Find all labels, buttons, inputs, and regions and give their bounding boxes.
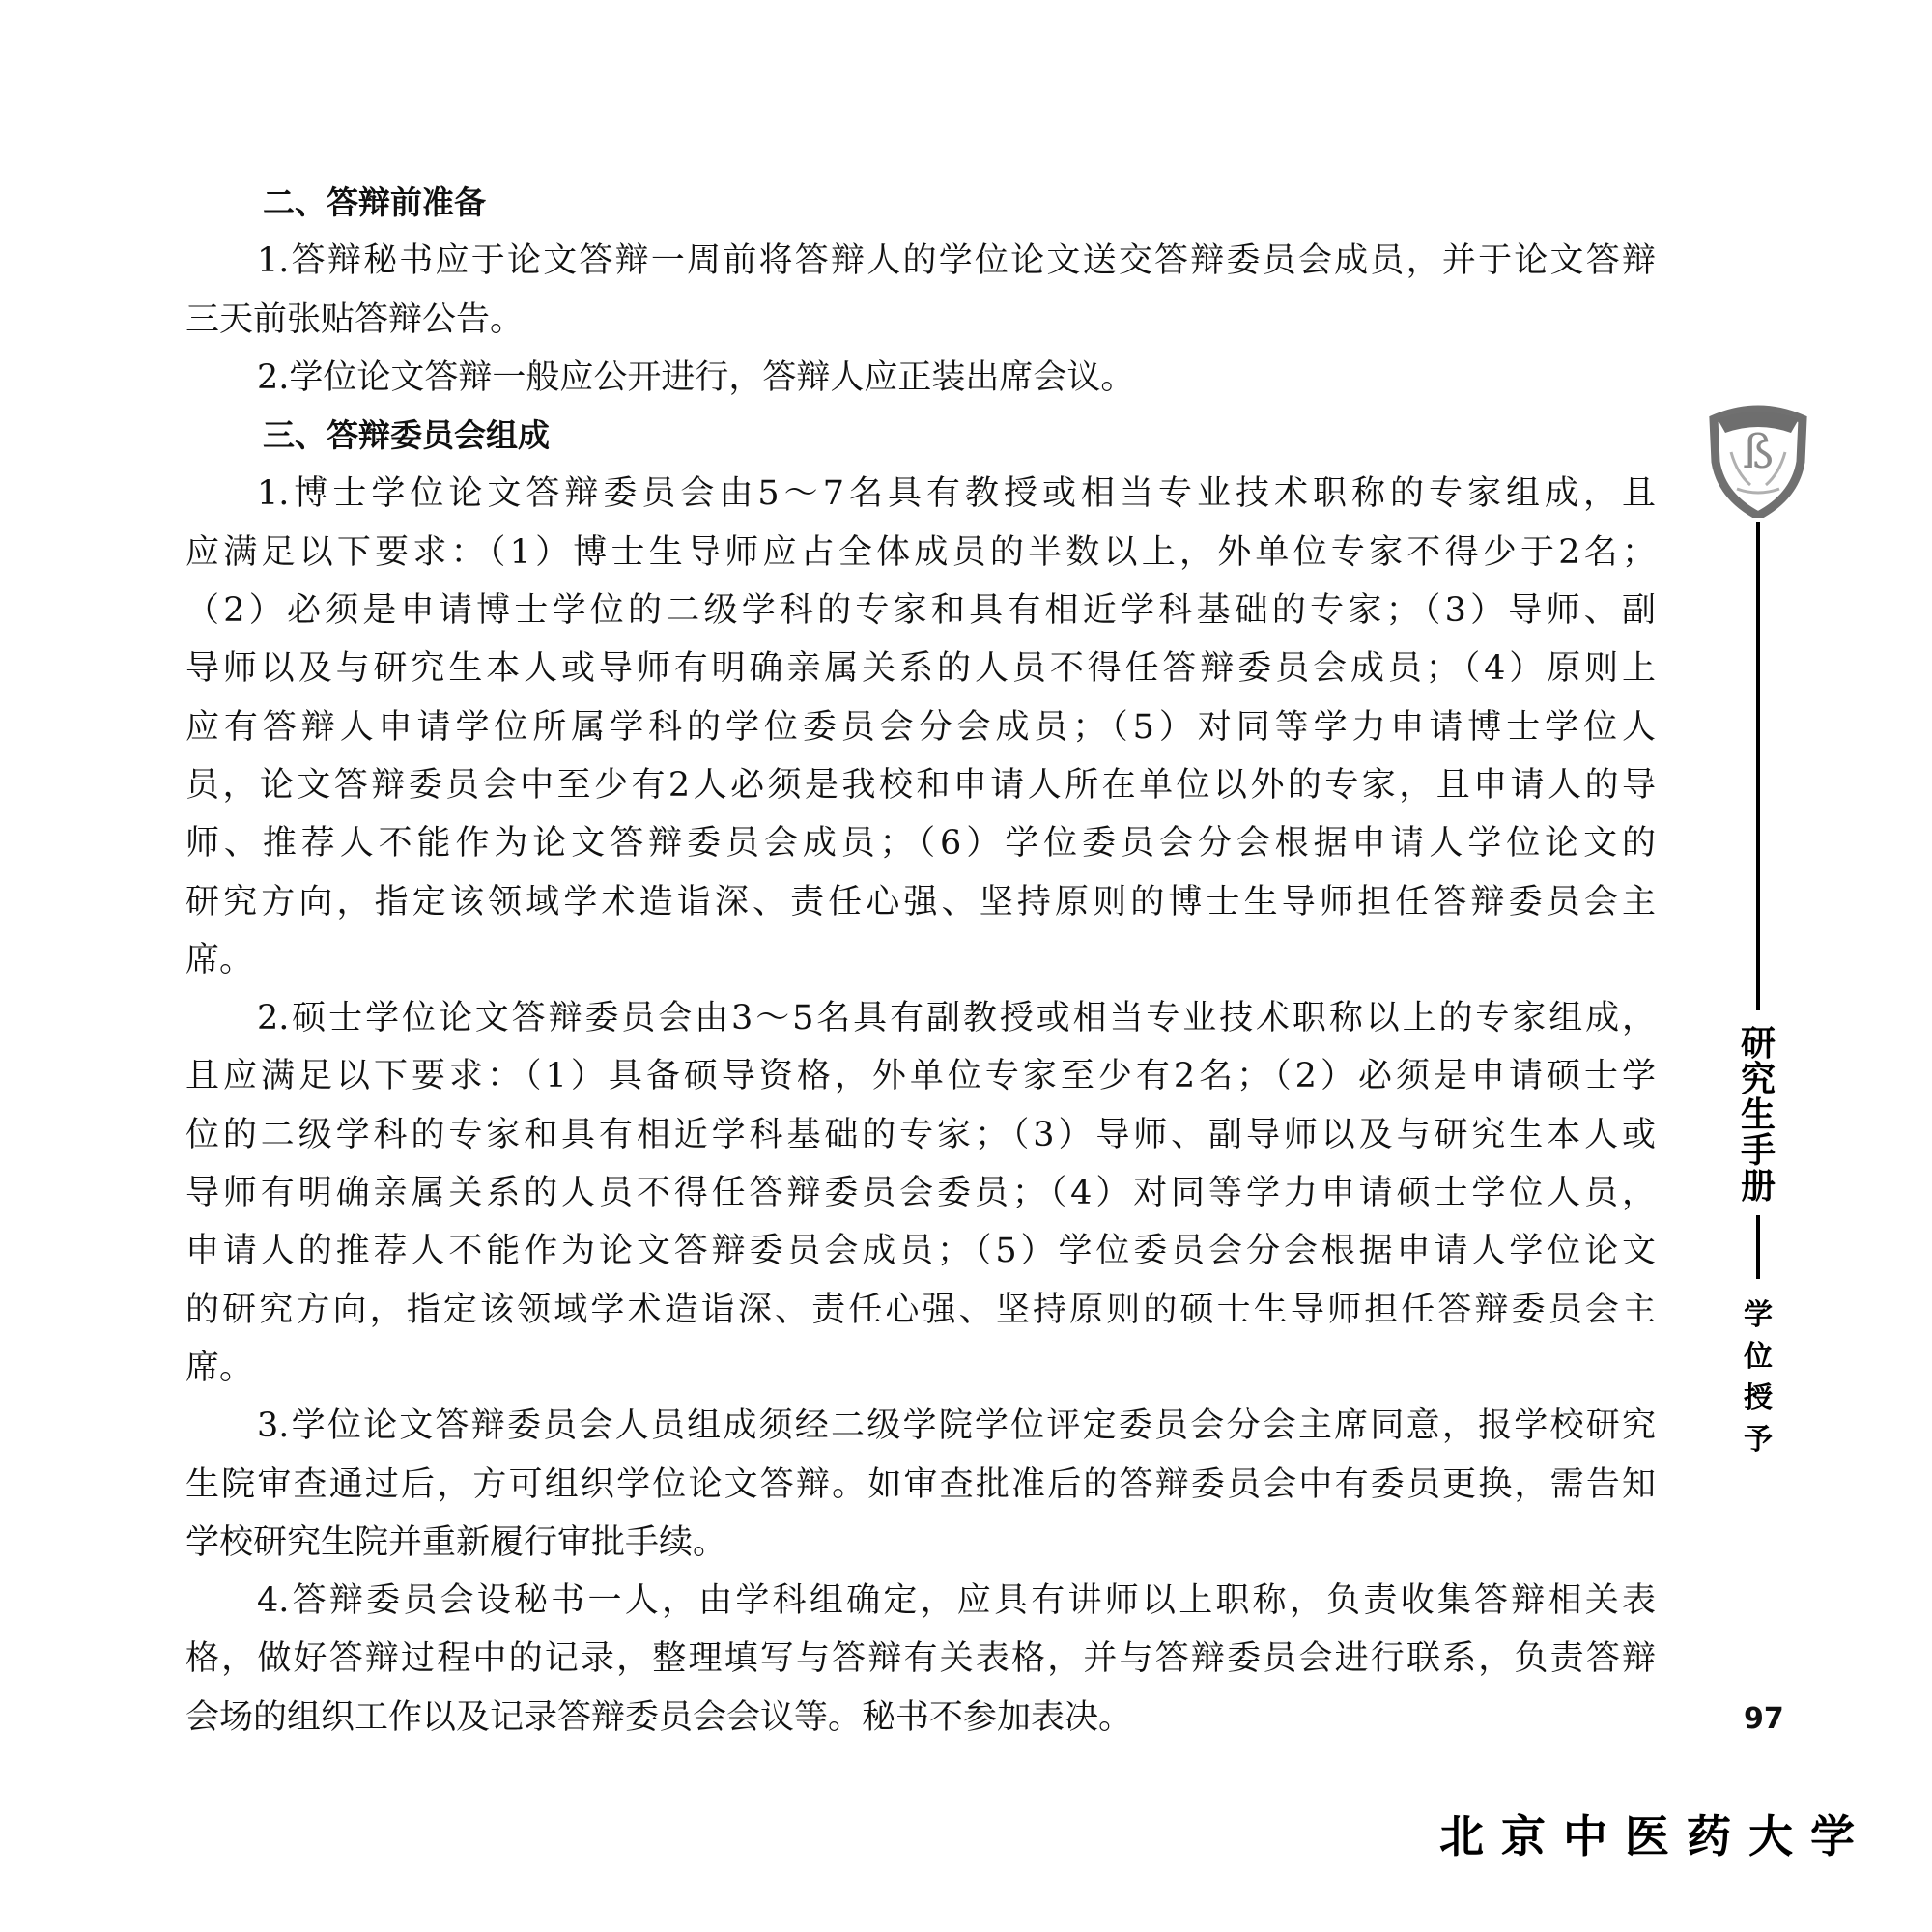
- paragraph-line: 应有答辩人申请学位所属学科的学位委员会分会成员；（5）对同等学力申请博士学位人: [185, 698, 1656, 756]
- paragraph-line: 席。: [185, 931, 1656, 989]
- book-title-char: 册: [1734, 1169, 1782, 1205]
- paragraph-line: 2.硕士学位论文答辩委员会由3～5名具有副教授或相当专业技术职称以上的专家组成，: [185, 989, 1656, 1047]
- body-text: 二、答辩前准备 1.答辩秘书应于论文答辩一周前将答辩人的学位论文送交答辩委员会成…: [185, 174, 1656, 1747]
- paragraph-line: 1.博士学位论文答辩委员会由5～7名具有教授或相当专业技术职称的专家组成，且: [185, 465, 1656, 523]
- document-page: 二、答辩前准备 1.答辩秘书应于论文答辩一周前将答辩人的学位论文送交答辩委员会成…: [0, 0, 1932, 1932]
- paragraph-line: 会场的组织工作以及记录答辩委员会会议等。秘书不参加表决。: [185, 1689, 1656, 1747]
- paragraph-line: 3.学位论文答辩委员会人员组成须经二级学院学位评定委员会分会主席同意，报学校研究: [185, 1397, 1656, 1455]
- paragraph-line: 4.答辩委员会设秘书一人，由学科组确定，应具有讲师以上职称，负责收集答辩相关表: [185, 1572, 1656, 1630]
- chapter-title-vertical: 学 位 授 予: [1734, 1294, 1782, 1461]
- sidebar-divider-line: [1756, 522, 1760, 1010]
- section-heading: 二、答辩前准备: [185, 174, 1656, 232]
- paragraph-line: 师、推荐人不能作为论文答辩委员会成员；（6）学位委员会分会根据申请人学位论文的: [185, 814, 1656, 872]
- paragraph-line: 的研究方向，指定该领域学术造诣深、责任心强、坚持原则的硕士生导师担任答辩委员会主: [185, 1281, 1656, 1339]
- paragraph-line: 研究方向，指定该领域学术造诣深、责任心强、坚持原则的博士生导师担任答辩委员会主: [185, 873, 1656, 931]
- paragraph-line: 员，论文答辩委员会中至少有2人必须是我校和申请人所在单位以外的专家，且申请人的导: [185, 756, 1656, 814]
- paragraph-line: 格，做好答辩过程中的记录，整理填写与答辩有关表格，并与答辩委员会进行联系，负责答…: [185, 1630, 1656, 1688]
- paragraph-line: 导师有明确亲属关系的人员不得任答辩委员会委员；（4）对同等学力申请硕士学位人员，: [185, 1164, 1656, 1222]
- paragraph-line: 2.学位论文答辩一般应公开进行，答辩人应正装出席会议。: [185, 349, 1656, 407]
- chapter-title-char: 位: [1734, 1336, 1782, 1378]
- sidebar-divider-line: [1756, 1215, 1760, 1279]
- section-heading: 三、答辩委员会组成: [185, 407, 1656, 465]
- svg-text:ß: ß: [1743, 425, 1774, 479]
- paragraph-line: 且应满足以下要求：（1）具备硕导资格，外单位专家至少有2名；（2）必须是申请硕士…: [185, 1047, 1656, 1105]
- page-number: 97: [1744, 1702, 1784, 1736]
- paragraph-line: 1.答辩秘书应于论文答辩一周前将答辩人的学位论文送交答辩委员会成员，并于论文答辩: [185, 232, 1656, 290]
- paragraph-line: 生院审查通过后，方可组织学位论文答辩。如审查批准后的答辩委员会中有委员更换，需告…: [185, 1456, 1656, 1514]
- university-name: 北京中医药大学: [1439, 1802, 1872, 1865]
- book-title-vertical: 研 究 生 手 册: [1734, 1026, 1782, 1205]
- chapter-title-char: 予: [1734, 1419, 1782, 1461]
- paragraph-line: 学校研究生院并重新履行审批手续。: [185, 1514, 1656, 1572]
- book-title-char: 究: [1734, 1062, 1782, 1097]
- paragraph-line: 位的二级学科的专家和具有相近学科基础的专家；（3）导师、副导师以及与研究生本人或: [185, 1106, 1656, 1164]
- book-title-char: 手: [1734, 1133, 1782, 1169]
- university-shield-icon: ß: [1708, 404, 1808, 518]
- paragraph-line: 席。: [185, 1339, 1656, 1397]
- book-title-char: 生: [1734, 1097, 1782, 1133]
- chapter-title-char: 授: [1734, 1378, 1782, 1419]
- paragraph-line: （2）必须是申请博士学位的二级学科的专家和具有相近学科基础的专家；（3）导师、副: [185, 582, 1656, 639]
- chapter-title-char: 学: [1734, 1294, 1782, 1336]
- paragraph-line: 应满足以下要求：（1）博士生导师应占全体成员的半数以上，外单位专家不得少于2名；: [185, 524, 1656, 582]
- paragraph-line: 三天前张贴答辩公告。: [185, 291, 1656, 349]
- paragraph-line: 申请人的推荐人不能作为论文答辩委员会成员；（5）学位委员会分会根据申请人学位论文: [185, 1222, 1656, 1280]
- paragraph-line: 导师以及与研究生本人或导师有明确亲属关系的人员不得任答辩委员会成员；（4）原则上: [185, 639, 1656, 697]
- book-title-char: 研: [1734, 1026, 1782, 1062]
